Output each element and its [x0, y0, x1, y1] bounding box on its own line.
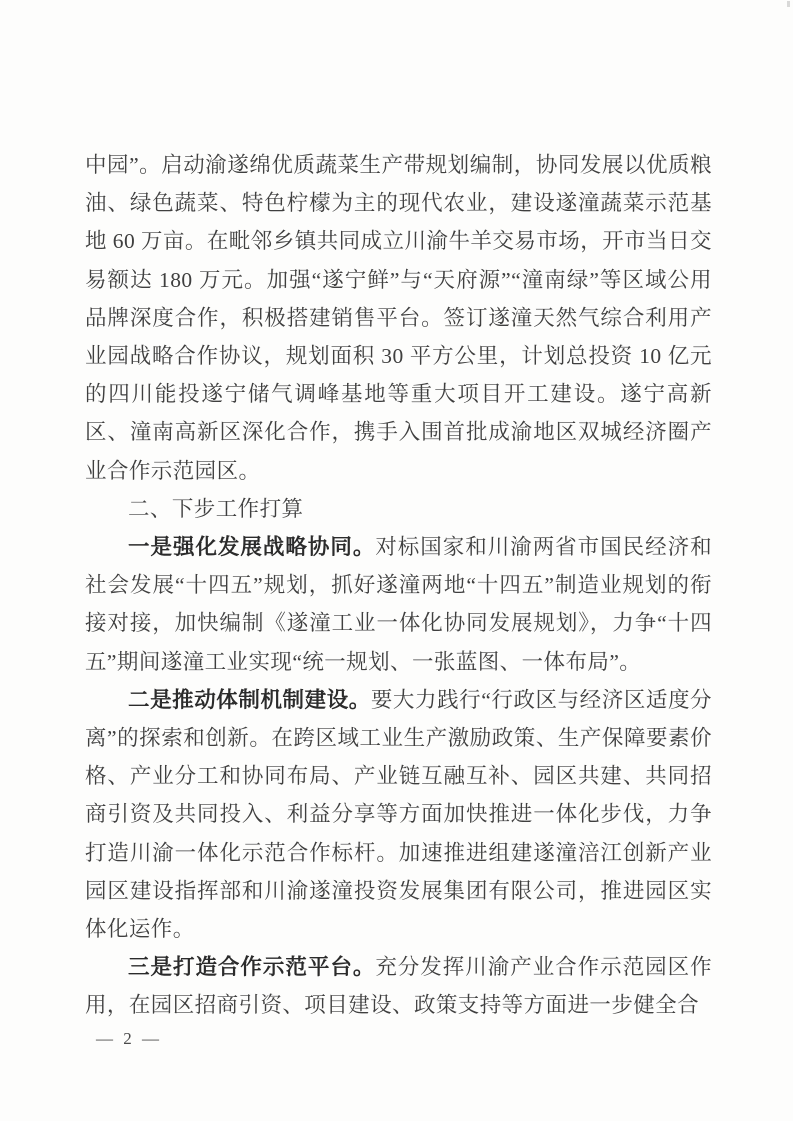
scan-artifact [787, 1, 790, 7]
paragraph-item-2-body: 要大力践行“行政区与经济区适度分离”的探索和创新。在跨区域工业生产激励政策、生产… [85, 688, 712, 941]
paragraph-item-3-lead: 三是打造合作示范平台。 [128, 955, 375, 979]
paragraph-item-1-lead: 一是强化发展战略协同。 [128, 535, 375, 559]
paragraph-item-3: 三是打造合作示范平台。充分发挥川渝产业合作示范园区作用，在园区招商引资、项目建设… [85, 948, 712, 1024]
paragraph-continuation: 中园”。启动渝遂绵优质蔬菜生产带规划编制，协同发展以优质粮油、绿色蔬菜、特色柠檬… [85, 146, 712, 490]
paragraph-item-2: 二是推动体制机制建设。要大力践行“行政区与经济区适度分离”的探索和创新。在跨区域… [85, 681, 712, 948]
document-body: 中园”。启动渝遂绵优质蔬菜生产带规划编制，协同发展以优质粮油、绿色蔬菜、特色柠檬… [85, 146, 712, 1025]
paragraph-item-1: 一是强化发展战略协同。对标国家和川渝两省市国民经济和社会发展“十四五”规划，抓好… [85, 528, 712, 681]
paragraph-item-2-lead: 二是推动体制机制建设。 [128, 688, 371, 712]
page-number: — 2 — [96, 1029, 162, 1049]
document-page: 中园”。启动渝遂绵优质蔬菜生产带规划编制，协同发展以优质粮油、绿色蔬菜、特色柠檬… [0, 0, 793, 1121]
section-heading: 二、下步工作打算 [85, 490, 712, 528]
